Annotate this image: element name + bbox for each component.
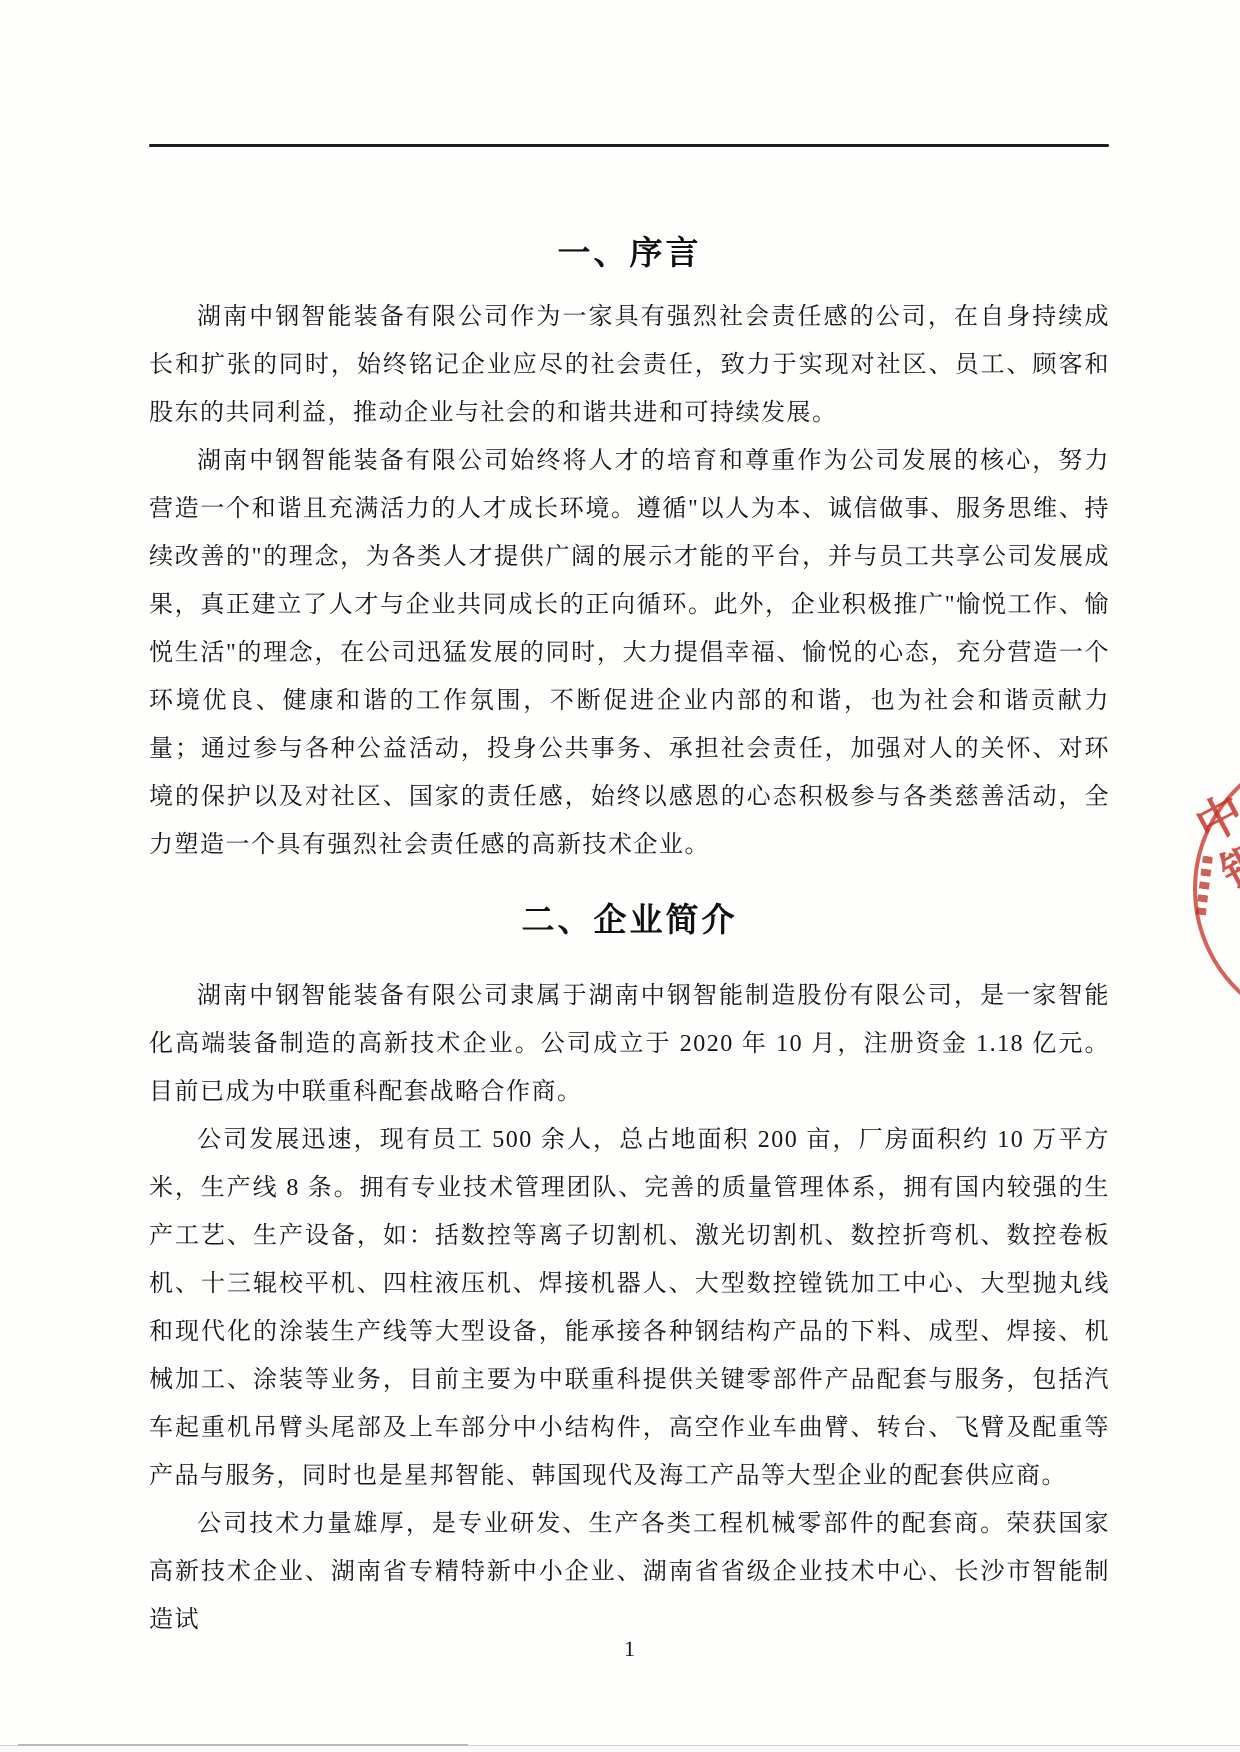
section-heading-preface: 一、序言: [149, 229, 1110, 277]
preface-paragraph-2: 湖南中钢智能装备有限公司始终将人才的培育和尊重作为公司发展的核心，努力营造一个和…: [149, 437, 1110, 869]
company-profile-paragraph-1: 湖南中钢智能装备有限公司隶属于湖南中钢智能制造股份有限公司，是一家智能化高端装备…: [149, 972, 1110, 1116]
company-profile-paragraph-2: 公司发展迅速，现有员工 500 余人，总占地面积 200 亩，厂房面积约 10 …: [149, 1116, 1110, 1500]
page-number: 1: [149, 1636, 1110, 1662]
document-body: 一、序言 湖南中钢智能装备有限公司作为一家具有强烈社会责任感的公司，在自身持续成…: [149, 229, 1110, 1644]
document-page: 一、序言 湖南中钢智能装备有限公司作为一家具有强烈社会责任感的公司，在自身持续成…: [0, 0, 1240, 1752]
page-bottom-scan-edge-dark-segment: [18, 1744, 468, 1746]
section-heading-company-profile: 二、企业简介: [149, 896, 1110, 944]
preface-paragraph-1: 湖南中钢智能装备有限公司作为一家具有强烈社会责任感的公司，在自身持续成长和扩张的…: [149, 293, 1110, 437]
page-bottom-scan-edge: [0, 1745, 1240, 1752]
header-rule: [149, 144, 1109, 147]
company-profile-paragraph-3: 公司技术力量雄厚，是专业研发、生产各类工程机械零部件的配套商。荣获国家高新技术企…: [149, 1500, 1110, 1644]
